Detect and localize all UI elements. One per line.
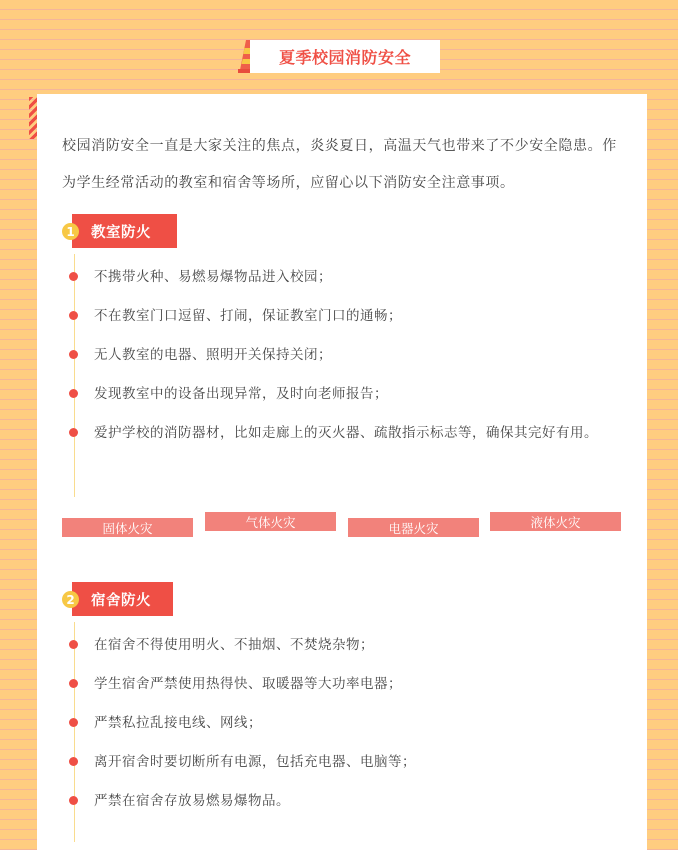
list-item: 在宿舍不得使用明火、不抽烟、不焚烧杂物； — [68, 632, 628, 658]
tag-gas-fire: 气体火灾 — [205, 512, 336, 531]
list-item: 不在教室门口逗留、打闹，保证教室门口的通畅； — [68, 303, 628, 329]
list-item: 爱护学校的消防器材，比如走廊上的灭火器、疏散指示标志等，确保其完好有用。 — [68, 420, 628, 446]
classroom-rules-list: 不携带火种、易燃易爆物品进入校园； 不在教室门口逗留、打闹，保证教室门口的通畅；… — [68, 264, 628, 459]
section-title: 宿舍防火 — [72, 589, 151, 610]
section-title: 教室防火 — [72, 221, 151, 242]
list-item: 严禁在宿舍存放易燃易爆物品。 — [68, 788, 628, 814]
bullet-dot-icon — [69, 757, 78, 766]
list-item: 发现教室中的设备出现异常，及时向老师报告； — [68, 381, 628, 407]
bullet-dot-icon — [69, 640, 78, 649]
tag-electrical-fire: 电器火灾 — [348, 518, 479, 537]
list-item: 离开宿舍时要切断所有电源，包括充电器、电脑等； — [68, 749, 628, 775]
section-number-badge: 1 — [62, 223, 79, 240]
section-header-dormitory: 2 宿舍防火 — [72, 582, 173, 616]
section-number-badge: 2 — [62, 591, 79, 608]
tag-solid-fire: 固体火灾 — [62, 518, 193, 537]
section-header-classroom: 1 教室防火 — [72, 214, 177, 248]
bullet-dot-icon — [69, 311, 78, 320]
dormitory-rules-list: 在宿舍不得使用明火、不抽烟、不焚烧杂物； 学生宿舍严禁使用热得快、取暖器等大功率… — [68, 632, 628, 827]
decorative-stripes — [29, 97, 37, 139]
list-item: 严禁私拉乱接电线、网线； — [68, 710, 628, 736]
list-item: 学生宿舍严禁使用热得快、取暖器等大功率电器； — [68, 671, 628, 697]
bullet-dot-icon — [69, 272, 78, 281]
bullet-dot-icon — [69, 389, 78, 398]
bullet-dot-icon — [69, 350, 78, 359]
title-box: 夏季校园消防安全 — [250, 40, 440, 73]
list-item: 无人教室的电器、照明开关保持关闭； — [68, 342, 628, 368]
bullet-dot-icon — [69, 679, 78, 688]
bullet-dot-icon — [69, 428, 78, 437]
bullet-dot-icon — [69, 796, 78, 805]
intro-paragraph: 校园消防安全一直是大家关注的焦点，炎炎夏日，高温天气也带来了不少安全隐患。作为学… — [62, 128, 628, 202]
page-title: 夏季校园消防安全 — [279, 45, 411, 68]
tag-liquid-fire: 液体火灾 — [490, 512, 621, 531]
bullet-dot-icon — [69, 718, 78, 727]
list-item: 不携带火种、易燃易爆物品进入校园； — [68, 264, 628, 290]
